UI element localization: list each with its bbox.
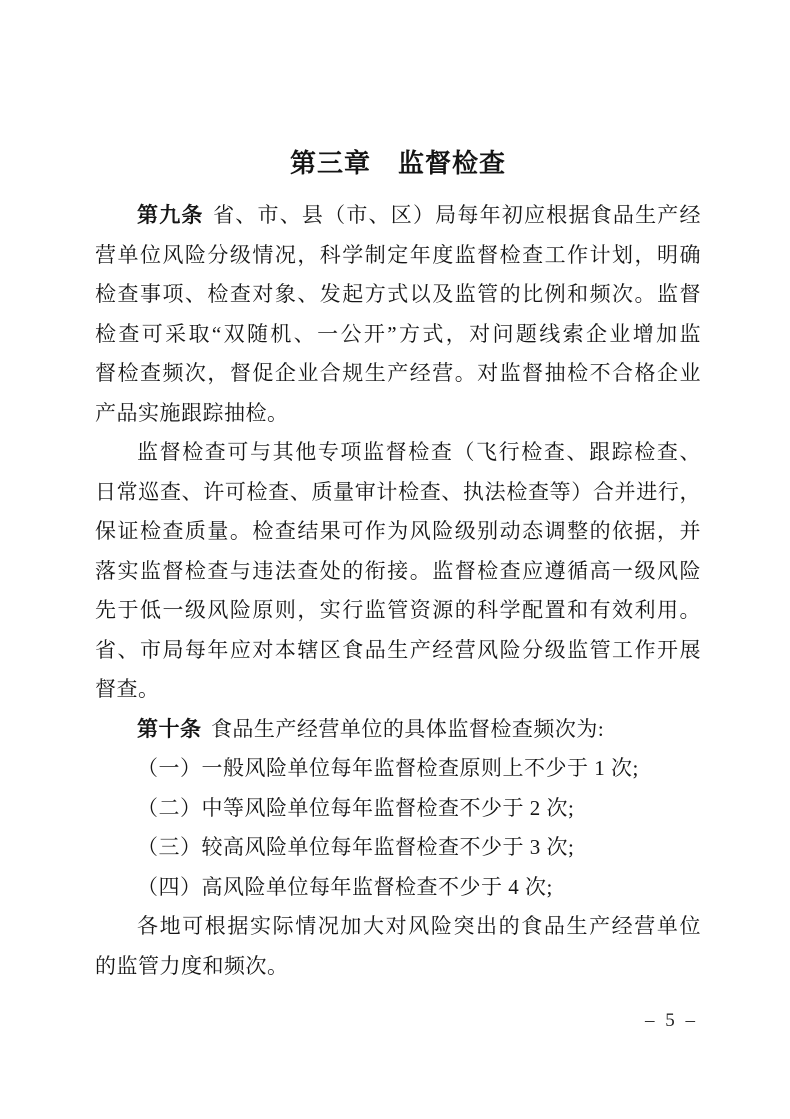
- chapter-title: 第三章 监督检查: [95, 146, 701, 180]
- list-item: （一）一般风险单位每年监督检查原则上不少于 1 次;: [95, 749, 701, 789]
- article-9-first-line: 省、市、县（市、区）局每年初应根据食品生产经: [213, 203, 701, 227]
- text-line: 督检查频次，督促企业合规生产经营。对监督抽检不合格企业: [95, 354, 701, 394]
- article-10-first-line: 食品生产经营单位的具体监督检查频次为:: [211, 717, 604, 741]
- text-line: 检查事项、检查对象、发起方式以及监管的比例和频次。监督: [95, 275, 701, 315]
- article-9-label: 第九条: [137, 204, 204, 227]
- text-line: 营单位风险分级情况，科学制定年度监督检查工作计划，明确: [95, 236, 701, 276]
- text-line: 的监管力度和频次。: [95, 947, 701, 987]
- text-line: 保证检查质量。检查结果可作为风险级别动态调整的依据，并: [95, 512, 701, 552]
- list-item: （二）中等风险单位每年监督检查不少于 2 次;: [95, 789, 701, 829]
- article-10-label: 第十条: [137, 718, 202, 741]
- text-line: 各地可根据实际情况加大对风险突出的食品生产经营单位: [95, 907, 701, 947]
- supervision-paragraph: 监督检查可与其他专项监督检查（飞行检查、跟踪检查、 日常巡查、许可检查、质量审计…: [95, 433, 701, 710]
- page-number: – 5 –: [645, 1010, 698, 1032]
- text-line: 先于低一级风险原则，实行监管资源的科学配置和有效利用。: [95, 591, 701, 631]
- text-line: 省、市局每年应对本辖区食品生产经营风险分级监管工作开展: [95, 631, 701, 671]
- closing-paragraph: 各地可根据实际情况加大对风险突出的食品生产经营单位 的监管力度和频次。: [95, 907, 701, 986]
- text-line: 产品实施跟踪抽检。: [95, 394, 701, 434]
- text-line: 督查。: [95, 670, 701, 710]
- article-10-paragraph: 第十条食品生产经营单位的具体监督检查频次为: （一）一般风险单位每年监督检查原则…: [95, 710, 701, 908]
- text-line: 第十条食品生产经营单位的具体监督检查频次为:: [95, 710, 701, 750]
- text-line: 检查可采取“双随机、一公开”方式，对问题线索企业增加监: [95, 315, 701, 355]
- list-item: （四）高风险单位每年监督检查不少于 4 次;: [95, 868, 701, 908]
- document-page: 第三章 监督检查 第九条省、市、县（市、区）局每年初应根据食品生产经 营单位风险…: [0, 0, 790, 1119]
- list-item: （三）较高风险单位每年监督检查不少于 3 次;: [95, 828, 701, 868]
- text-line: 监督检查可与其他专项监督检查（飞行检查、跟踪检查、: [95, 433, 701, 473]
- article-9-paragraph: 第九条省、市、县（市、区）局每年初应根据食品生产经 营单位风险分级情况，科学制定…: [95, 196, 701, 433]
- text-line: 第九条省、市、县（市、区）局每年初应根据食品生产经: [95, 196, 701, 236]
- text-line: 日常巡查、许可检查、质量审计检查、执法检查等）合并进行，: [95, 473, 701, 513]
- text-line: 落实监督检查与违法查处的衔接。监督检查应遵循高一级风险: [95, 552, 701, 592]
